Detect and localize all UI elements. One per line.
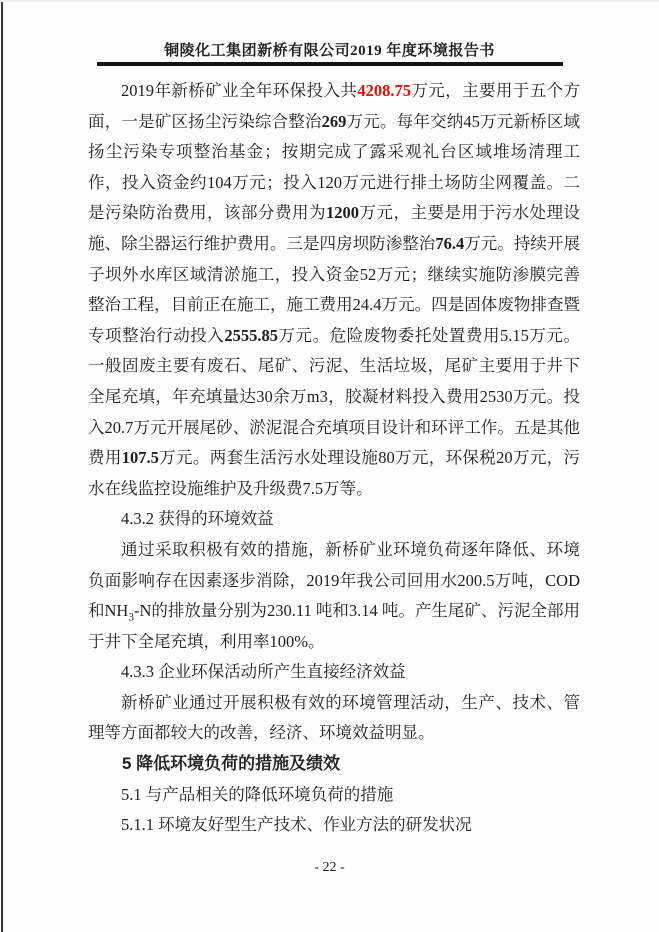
paragraph-economic-benefit: 新桥矿业通过开展积极有效的环境管理活动，生产、技术、管理等方面都较大的改善，经济…	[88, 688, 580, 749]
section-heading-5-1-1: 5.1.1 环境友好型生产技术、作业方法的研发状况	[88, 810, 580, 841]
page-number: - 22 -	[0, 860, 659, 876]
section-heading-4-3-3: 4.3.3 企业环保活动所产生直接经济效益	[88, 657, 580, 688]
page-left-edge-line	[1, 0, 3, 932]
document-page: 铜陵化工集团新桥有限公司2019 年度环境报告书 2019年新桥矿业全年环保投入…	[0, 0, 659, 932]
header-title: 铜陵化工集团新桥有限公司2019 年度环境报告书	[0, 39, 659, 60]
chapter-heading-5: 5 降低环境负荷的措施及绩效	[88, 749, 580, 780]
content-area: 2019年新桥矿业全年环保投入共4208.75万元，主要用于五个方面，一是矿区扬…	[88, 76, 580, 841]
section-heading-5-1: 5.1 与产品相关的降低环境负荷的措施	[88, 780, 580, 811]
header-divider	[97, 62, 563, 66]
paragraph-environmental-benefit: 通过采取积极有效的措施，新桥矿业环境负荷逐年降低、环境负面影响存在因素逐步消除，…	[88, 535, 580, 657]
section-heading-4-3-2: 4.3.2 获得的环境效益	[88, 504, 580, 535]
page-top-edge-line	[0, 0, 659, 2]
paragraph-investment: 2019年新桥矿业全年环保投入共4208.75万元，主要用于五个方面，一是矿区扬…	[88, 76, 580, 504]
